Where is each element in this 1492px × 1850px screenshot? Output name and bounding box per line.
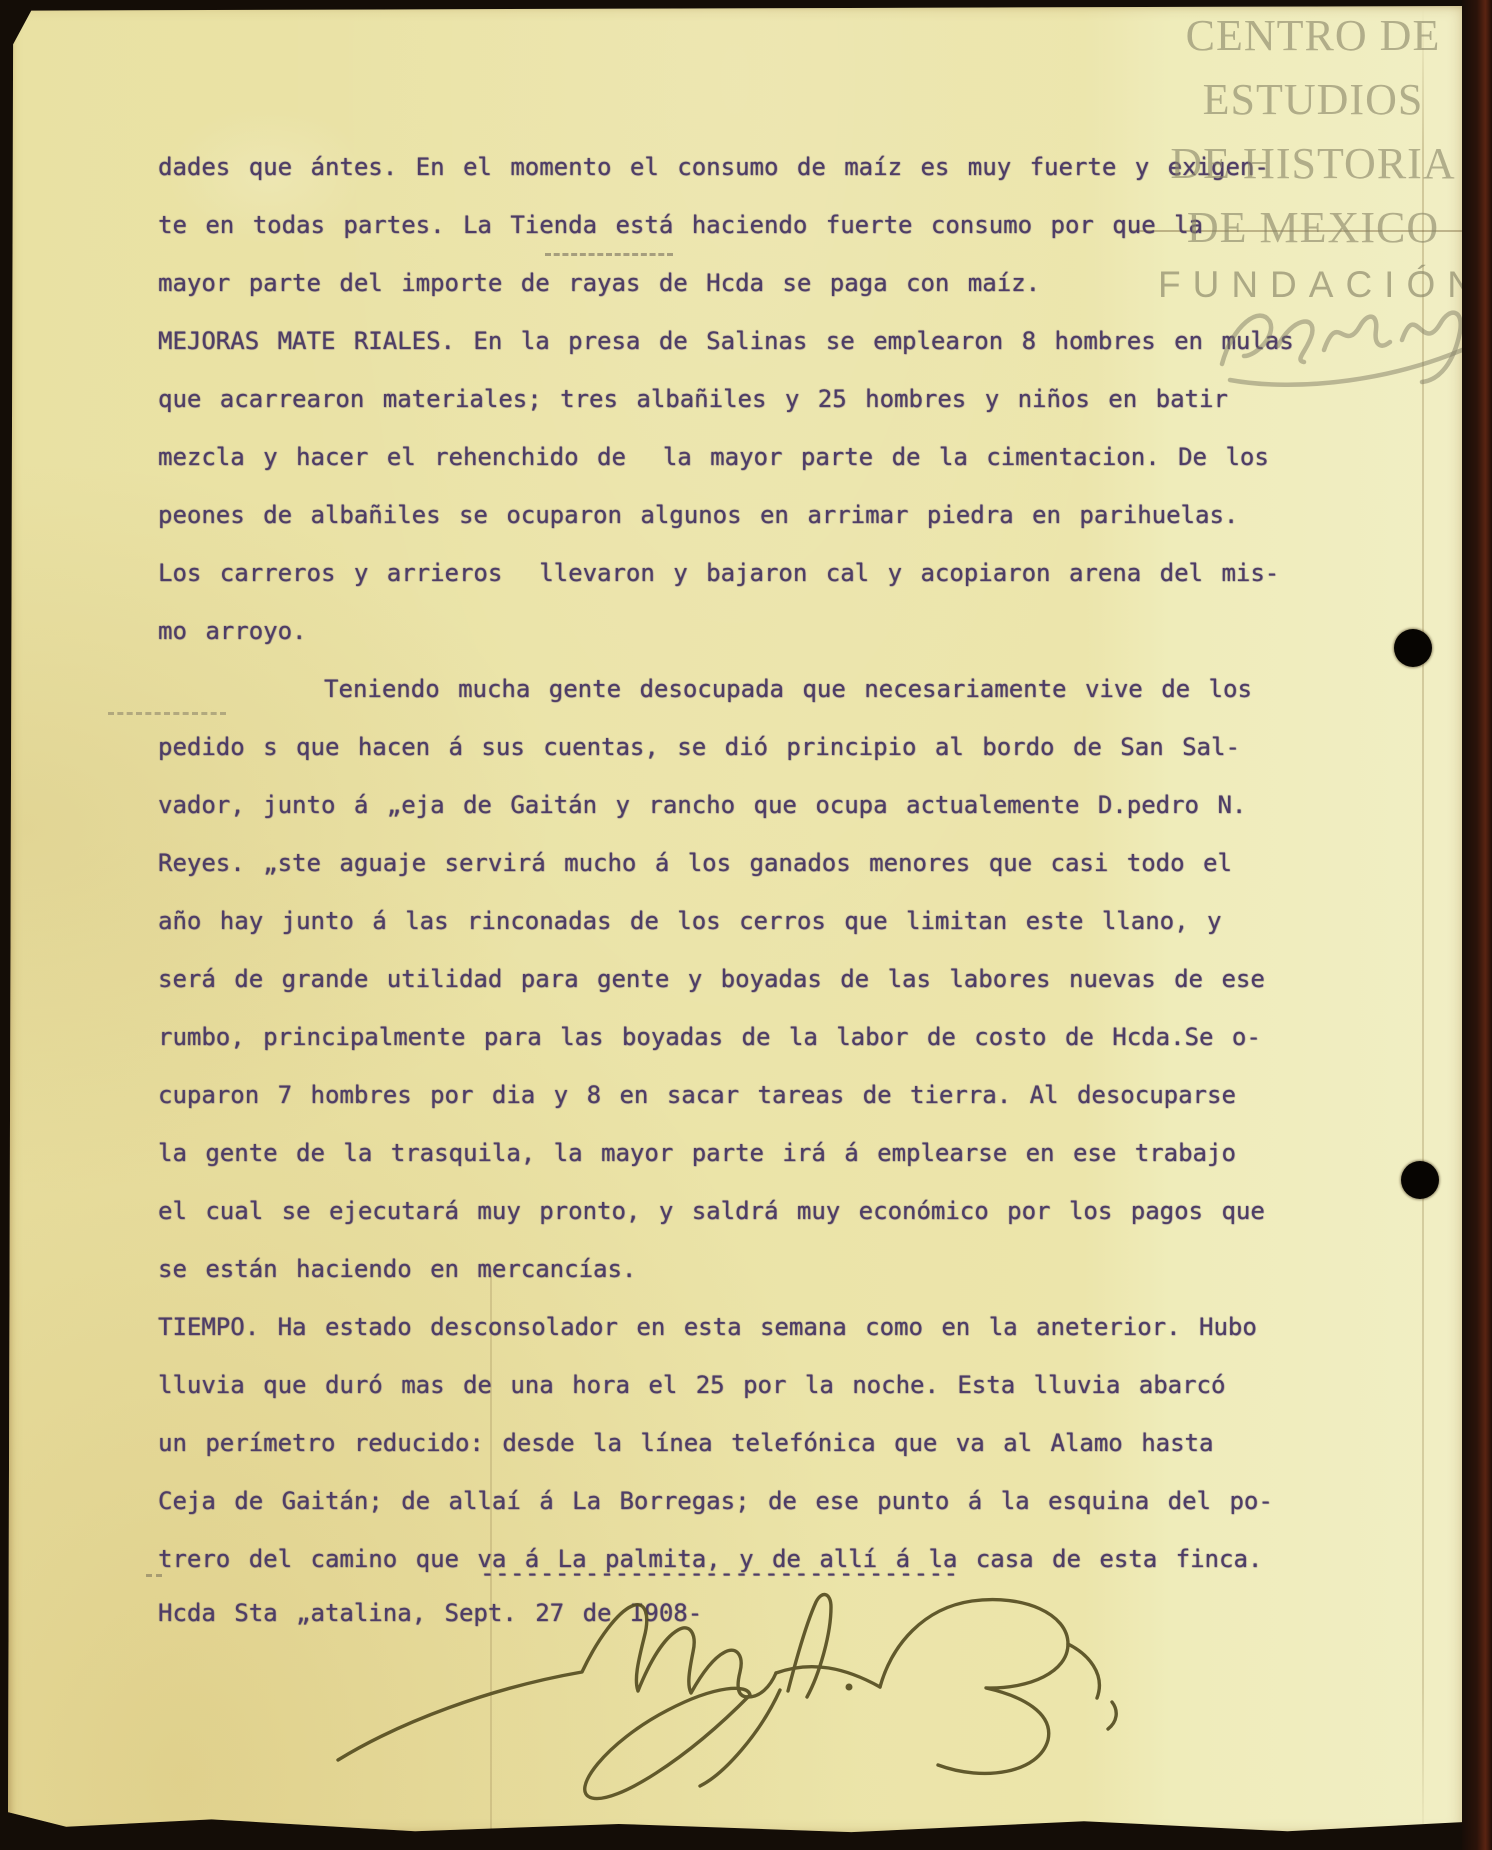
text-line: pedido s que hacen á sus cuentas, se dió… (158, 718, 1448, 776)
text-line: año hay junto á las rinconadas de los ce… (158, 892, 1448, 950)
text-line: te en todas partes. La Tienda está hacie… (158, 196, 1448, 254)
text-line: un perímetro reducido: desde la línea te… (158, 1414, 1448, 1472)
hole-punch (1401, 1161, 1439, 1199)
text-line: será de grande utilidad para gente y boy… (158, 950, 1448, 1008)
text-line: peones de albañiles se ocuparon algunos … (158, 486, 1448, 544)
text-line: se están haciendo en mercancías. (158, 1240, 1448, 1298)
text-line: Ceja de Gaitán; de allaí á La Borregas; … (158, 1472, 1448, 1530)
scanned-document: dades que ántes. En el momento el consum… (0, 0, 1492, 1850)
text-line: rumbo, principalmente para las boyadas d… (158, 1008, 1448, 1066)
text-line: TIEMPO. Ha estado desconsolador en esta … (158, 1298, 1448, 1356)
text-line: mo arroyo. (158, 602, 1448, 660)
text-line: mezcla y hacer el rehenchido de la mayor… (158, 428, 1448, 486)
watermark-cursive-signature-icon (1216, 284, 1492, 394)
hole-punch (1394, 629, 1432, 667)
text-line: dades que ántes. En el momento el consum… (158, 138, 1448, 196)
text-line: Reyes. „ste aguaje servirá mucho á los g… (158, 834, 1448, 892)
text-line: Hcda Sta „atalina, Sept. 27 de I908- (158, 1584, 1448, 1642)
text-line: el cual se ejecutará muy pronto, y saldr… (158, 1182, 1448, 1240)
text-line: la gente de la trasquila, la mayor parte… (158, 1124, 1448, 1182)
text-line: vador, junto á „eja de Gaitán y rancho q… (158, 776, 1448, 834)
text-line: Los carreros y arrieros llevaron y bajar… (158, 544, 1448, 602)
text-line: lluvia que duró mas de una hora el 25 po… (158, 1356, 1448, 1414)
text-line: cuparon 7 hombres por dia y 8 en sacar t… (158, 1066, 1448, 1124)
text-line: Teniendo mucha gente desocupada que nece… (158, 660, 1448, 718)
paper-sheet: dades que ántes. En el momento el consum… (8, 6, 1462, 1834)
